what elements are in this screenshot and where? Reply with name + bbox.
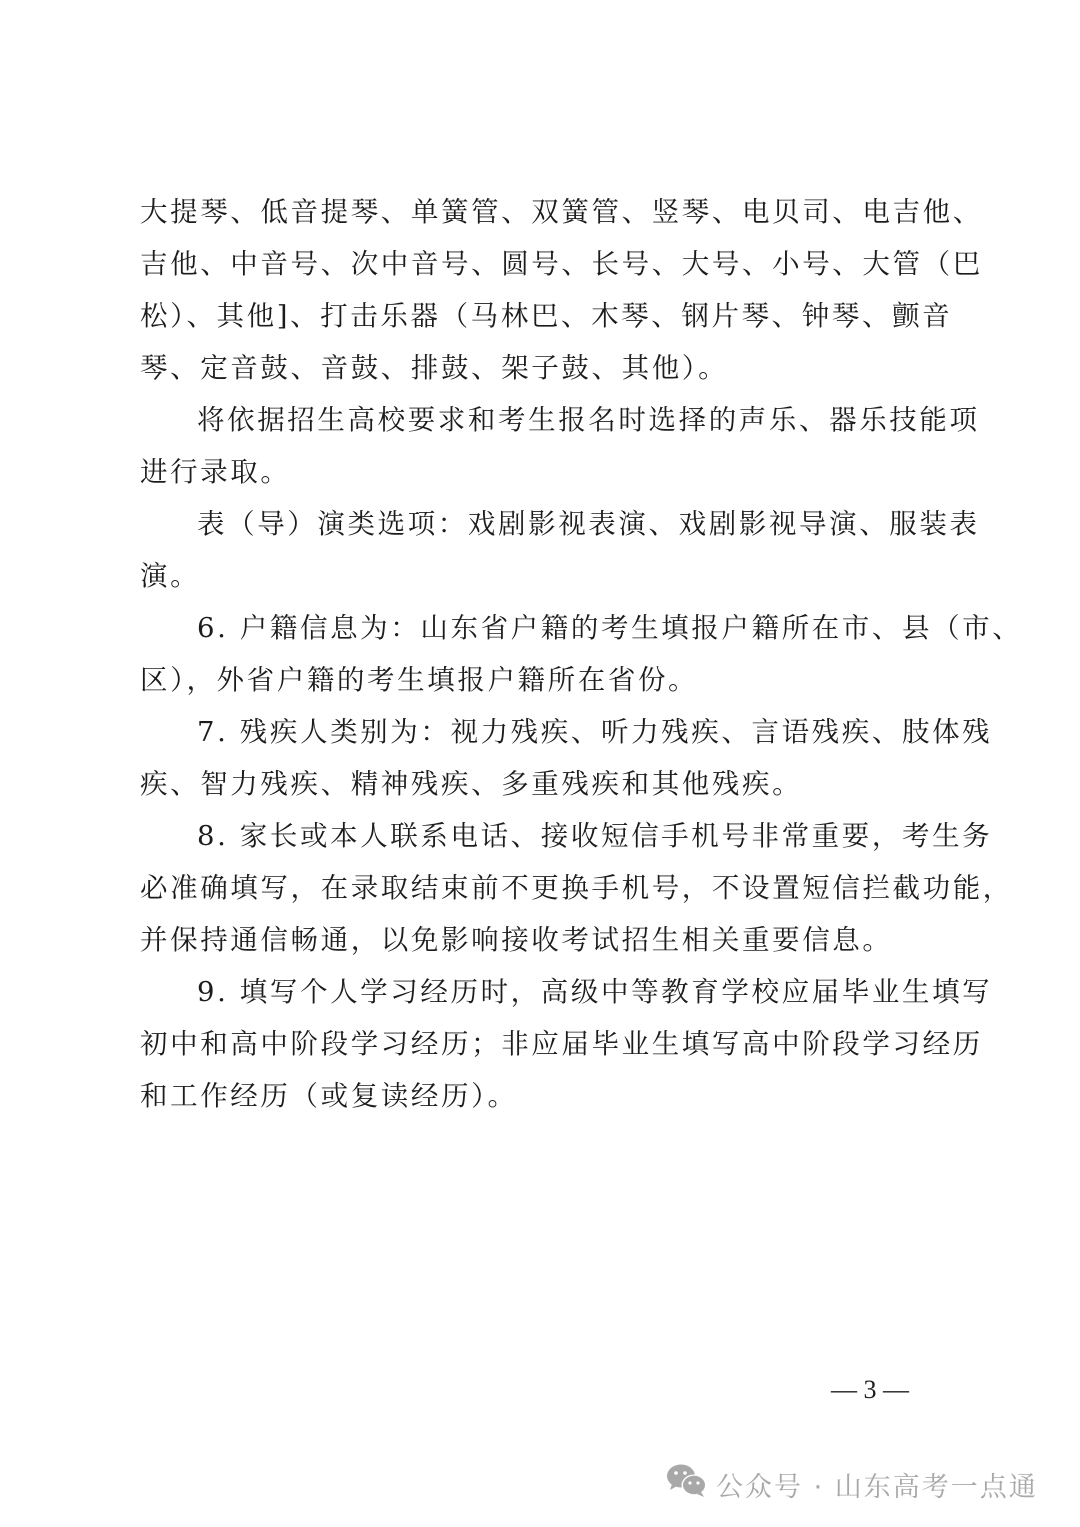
text-line: 疾、智力残疾、精神残疾、多重残疾和其他残疾。 — [140, 758, 942, 810]
paragraph-instruments-continued: 大提琴、低音提琴、单簧管、双簧管、竖琴、电贝司、电吉他、 吉他、中音号、次中音号… — [140, 186, 942, 394]
text-line: 将依据招生高校要求和考生报名时选择的声乐、器乐技能项 — [140, 394, 942, 446]
document-page: 大提琴、低音提琴、单簧管、双簧管、竖琴、电贝司、电吉他、 吉他、中音号、次中音号… — [0, 0, 1080, 1527]
text-line: 初中和高中阶段学习经历；非应届毕业生填写高中阶段学习经历 — [140, 1018, 942, 1070]
text-line: 和工作经历（或复读经历）。 — [140, 1070, 942, 1122]
paragraph-performance-options: 表（导）演类选项：戏剧影视表演、戏剧影视导演、服装表 演。 — [140, 498, 942, 602]
text-line: 7. 残疾人类别为：视力残疾、听力残疾、言语残疾、肢体残 — [140, 706, 942, 758]
paragraph-item-7-disability: 7. 残疾人类别为：视力残疾、听力残疾、言语残疾、肢体残 疾、智力残疾、精神残疾… — [140, 706, 942, 810]
text-line: 9. 填写个人学习经历时，高级中等教育学校应届毕业生填写 — [140, 966, 942, 1018]
wechat-icon — [666, 1463, 716, 1506]
text-line: 6. 户籍信息为：山东省户籍的考生填报户籍所在市、县（市、 — [140, 602, 942, 654]
paragraph-item-6-household: 6. 户籍信息为：山东省户籍的考生填报户籍所在市、县（市、 区），外省户籍的考生… — [140, 602, 942, 706]
document-body: 大提琴、低音提琴、单簧管、双簧管、竖琴、电贝司、电吉他、 吉他、中音号、次中音号… — [140, 186, 942, 1122]
text-line: 并保持通信畅通，以免影响接收考试招生相关重要信息。 — [140, 914, 942, 966]
text-line: 琴、定音鼓、音鼓、排鼓、架子鼓、其他）。 — [140, 342, 942, 394]
watermark-text: 公众号 · 山东高考一点通 — [716, 1465, 1038, 1504]
text-line: 松）、其他]、打击乐器（马林巴、木琴、钢片琴、钟琴、颤音 — [140, 290, 942, 342]
text-line: 区），外省户籍的考生填报户籍所在省份。 — [140, 654, 942, 706]
paragraph-item-8-phone: 8. 家长或本人联系电话、接收短信手机号非常重要，考生务 必准确填写，在录取结束… — [140, 810, 942, 966]
paragraph-admission-basis: 将依据招生高校要求和考生报名时选择的声乐、器乐技能项 进行录取。 — [140, 394, 942, 498]
text-line: 8. 家长或本人联系电话、接收短信手机号非常重要，考生务 — [140, 810, 942, 862]
text-line: 表（导）演类选项：戏剧影视表演、戏剧影视导演、服装表 — [140, 498, 942, 550]
text-line: 吉他、中音号、次中音号、圆号、长号、大号、小号、大管（巴 — [140, 238, 942, 290]
text-line: 大提琴、低音提琴、单簧管、双簧管、竖琴、电贝司、电吉他、 — [140, 186, 942, 238]
paragraph-item-9-education: 9. 填写个人学习经历时，高级中等教育学校应届毕业生填写 初中和高中阶段学习经历… — [140, 966, 942, 1122]
text-line: 进行录取。 — [140, 446, 942, 498]
text-line: 演。 — [140, 550, 942, 602]
text-line: 必准确填写，在录取结束前不更换手机号，不设置短信拦截功能， — [140, 862, 942, 914]
page-number: — 3 — — [820, 1370, 920, 1410]
wechat-watermark: 公众号 · 山东高考一点通 — [666, 1462, 1038, 1506]
